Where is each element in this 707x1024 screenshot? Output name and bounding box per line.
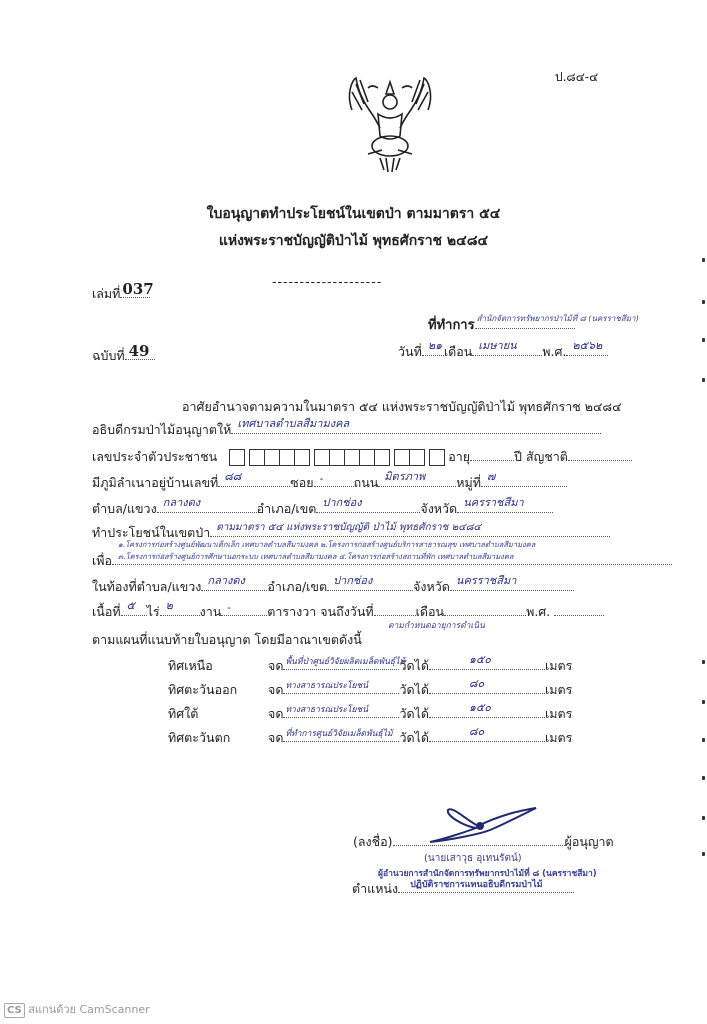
book-number-value: 037 <box>122 280 153 298</box>
boundaries-intro: ตามแผนที่แนบท้ายใบอนุญาต โดยมีอาณาเขตดัง… <box>92 630 362 650</box>
camscanner-watermark: CS สแกนด้วย CamScanner <box>4 1000 150 1018</box>
office-label: ที่ทำการ <box>428 318 475 333</box>
age-unit-label: ปี <box>514 449 522 464</box>
location-province-label: จังหวัด <box>413 579 450 594</box>
purpose-line2: ๓.โครงการก่อสร้างศูนย์การศึกษานอกระบบ เท… <box>118 551 513 563</box>
boundary-row: ทิศเหนือจดพื้นที่ป่าศูนย์วิจัยผลิตเมล็ดพ… <box>168 656 572 676</box>
boundary-adjacent-value: พื้นที่ป่าศูนย์วิจัยผลิตเมล็ดพันธุ์ไม้ <box>285 654 405 668</box>
boundary-adjacent-label: จด <box>268 730 283 745</box>
province-label: จังหวัด <box>420 501 457 516</box>
grantee-field: อธิบดีกรมป่าไม้อนุญาตให้เทศบาลตำบลสีมามง… <box>92 420 601 440</box>
house-number-label: มีภูมิลำเนาอยู่บ้านเลขที่ <box>92 475 218 490</box>
book-number-label: เล่มที่ <box>92 286 120 301</box>
month-value: เมษายน <box>478 336 516 354</box>
boundary-measure-label: วัดได้ <box>399 682 429 697</box>
boundary-adjacent-label: จด <box>268 682 283 697</box>
area-ngan-value: ๒ <box>166 596 173 614</box>
road-label: ถนน <box>354 475 379 490</box>
document-title-line1: ใบอนุญาตทำประโยชน์ในเขตป่า ตามมาตรา ๕๔ <box>0 203 707 225</box>
purpose-line1: ๑.โครงการก่อสร้างศูนย์พัฒนาเด็กเล็ก เทศบ… <box>118 539 535 551</box>
title-divider: -------------------- <box>272 274 382 289</box>
district-label: อำเภอ/เขต <box>257 501 317 516</box>
day-label: วันที่ <box>398 344 422 359</box>
issue-number-field: ฉบับที่49 <box>92 346 155 366</box>
issue-number-label: ฉบับที่ <box>92 348 125 363</box>
area-line: เนื้อที่๕ไร่๒งาน-ตารางวา จนถึงวันที่เดือ… <box>92 602 604 622</box>
signature-line: (ลงชื่อ)ผู้อนุญาต <box>353 832 614 852</box>
location-province-value: นครราชสีมา <box>456 571 516 589</box>
area-label: เนื้อที่ <box>92 604 121 619</box>
boundary-length-value: ๘๐ <box>469 674 484 692</box>
camscanner-text: สแกนด้วย CamScanner <box>28 1003 149 1016</box>
subdistrict-label: ตำบล/แขวง <box>92 501 157 516</box>
boundary-unit: เมตร <box>545 730 572 745</box>
boundary-measure-label: วัดได้ <box>399 706 429 721</box>
form-code: ป.๘๔-๔ <box>555 68 598 87</box>
boundary-direction: ทิศตะวันออก <box>168 680 268 700</box>
until-year-label: พ.ศ. <box>526 604 550 619</box>
purpose-label: เพื่อ <box>92 553 112 568</box>
subdistrict-value: กลางดง <box>163 493 200 511</box>
boundary-direction: ทิศใต้ <box>168 704 268 724</box>
location-subdistrict-label: ในท้องที่ตำบล/แขวง <box>92 579 201 594</box>
garuda-emblem-icon <box>342 74 438 174</box>
id-card-field: เลขประจำตัวประชาชน อายุปี สัญชาติ <box>92 447 632 467</box>
area-wa-value: - <box>227 601 231 614</box>
book-number-field: เล่มที่037 <box>92 284 150 304</box>
grantor-role-label: ผู้อนุญาต <box>565 834 614 849</box>
location-line: ในท้องที่ตำบล/แขวงกลางดงอำเภอ/เขตปากช่อง… <box>92 577 574 597</box>
boundary-direction: ทิศตะวันตก <box>168 728 268 748</box>
boundary-adjacent-value: ทางสาธารณประโยชน์ <box>285 678 368 692</box>
boundary-adjacent-label: จด <box>268 706 283 721</box>
office-field: ที่ทำการสำนักจัดการทรัพยากรป่าไม้ที่ ๘ (… <box>428 314 575 335</box>
soi-label: ซอย <box>290 475 313 490</box>
location-district-label: อำเภอ/เขต <box>267 579 327 594</box>
ngan-label: งาน <box>200 604 222 619</box>
boundary-row: ทิศใต้จดทางสาธารณประโยชน์วัดได้๑๕๐เมตร <box>168 704 572 724</box>
location-district-value: ปากช่อง <box>333 571 372 589</box>
purpose-field: เพื่อ๓.โครงการก่อสร้างศูนย์การศึกษานอกระ… <box>92 551 672 571</box>
rai-label: ไร่ <box>147 604 160 619</box>
id-card-boxes <box>229 449 448 464</box>
boundary-length-value: ๘๐ <box>469 722 484 740</box>
boundary-row: ทิศตะวันตกจดที่ทำการศูนย์วิจัยเมล็ดพันธุ… <box>168 728 572 748</box>
signer-name: (นายเสาวุธ อุเทนรัตน์) <box>424 851 522 866</box>
until-date-label: จนถึงวันที่ <box>320 604 373 619</box>
address-line: มีภูมิลำเนาอยู่บ้านเลขที่๘๘ซอย-ถนนมิตรภา… <box>92 473 567 493</box>
sign-label: (ลงชื่อ) <box>353 834 393 849</box>
forest-label: ทำประโยชน์ในเขตป่า <box>92 525 210 540</box>
boundary-adjacent-value: ที่ทำการศูนย์วิจัยเมล็ดพันธุ์ไม้ <box>285 726 392 740</box>
boundary-row: ทิศตะวันออกจดทางสาธารณประโยชน์วัดได้๘๐เม… <box>168 680 572 700</box>
address-area-line: ตำบล/แขวงกลางดงอำเภอ/เขตปากช่องจังหวัดนค… <box>92 499 553 519</box>
moo-label: หมู่ที่ <box>456 475 481 490</box>
document-title-line2: แห่งพระราชบัญญัติป่าไม้ พุทธศักราช ๒๔๘๔ <box>0 230 707 252</box>
position-field: ตำแหน่งปฏิบัติราชการแทนอธิบดีกรมป่าไม้ <box>352 879 574 899</box>
day-value: ๒๑ <box>428 336 442 354</box>
location-subdistrict-value: กลางดง <box>207 571 244 589</box>
until-month-label: เดือน <box>416 604 444 619</box>
boundary-adjacent-value: ทางสาธารณประโยชน์ <box>285 702 368 716</box>
grantee-value: เทศบาลตำบลสีมามงคล <box>237 414 349 432</box>
month-label: เดือน <box>444 344 472 359</box>
forest-value: ตามมาตรา ๕๔ แห่งพระราชบัญญัติ ป่าไม้ พุท… <box>216 520 481 535</box>
nationality-label: สัญชาติ <box>526 449 568 464</box>
camscanner-logo-icon: CS <box>4 1003 25 1018</box>
soi-value: - <box>320 472 324 485</box>
moo-value: ๗ <box>487 467 495 485</box>
year-value: ๒๕๖๒ <box>572 336 602 354</box>
position-label: ตำแหน่ง <box>352 881 398 896</box>
year-label: พ.ศ. <box>542 344 566 359</box>
boundary-unit: เมตร <box>545 682 572 697</box>
boundary-unit: เมตร <box>545 658 572 673</box>
boundary-measure-label: วัดได้ <box>399 730 429 745</box>
until-note: ตามกำหนดอายุการดำเนิน <box>388 618 485 632</box>
boundary-length-value: ๑๕๐ <box>469 650 491 668</box>
grantee-label: อธิบดีกรมป่าไม้อนุญาตให้ <box>92 422 231 437</box>
position-value: ปฏิบัติราชการแทนอธิบดีกรมป่าไม้ <box>410 877 542 891</box>
boundary-direction: ทิศเหนือ <box>168 656 268 676</box>
id-card-label: เลขประจำตัวประชาชน <box>92 449 217 464</box>
province-value: นครราชสีมา <box>463 493 523 511</box>
office-value: สำนักจัดการทรัพยากรป่าไม้ที่ ๘ (นครราชสี… <box>477 312 639 325</box>
wa-label: ตารางวา <box>267 604 316 619</box>
district-value: ปากช่อง <box>322 493 361 511</box>
area-rai-value: ๕ <box>127 596 135 614</box>
issue-number-value: 49 <box>129 342 150 360</box>
age-label: อายุ <box>448 449 470 464</box>
issue-date-field: วันที่๒๑เดือนเมษายนพ.ศ.๒๕๖๒ <box>398 342 608 362</box>
boundary-length-value: ๑๕๐ <box>469 698 491 716</box>
house-number-value: ๘๘ <box>224 467 241 485</box>
boundary-adjacent-label: จด <box>268 658 283 673</box>
road-value: มิตรภาพ <box>384 467 425 485</box>
boundary-unit: เมตร <box>545 706 572 721</box>
